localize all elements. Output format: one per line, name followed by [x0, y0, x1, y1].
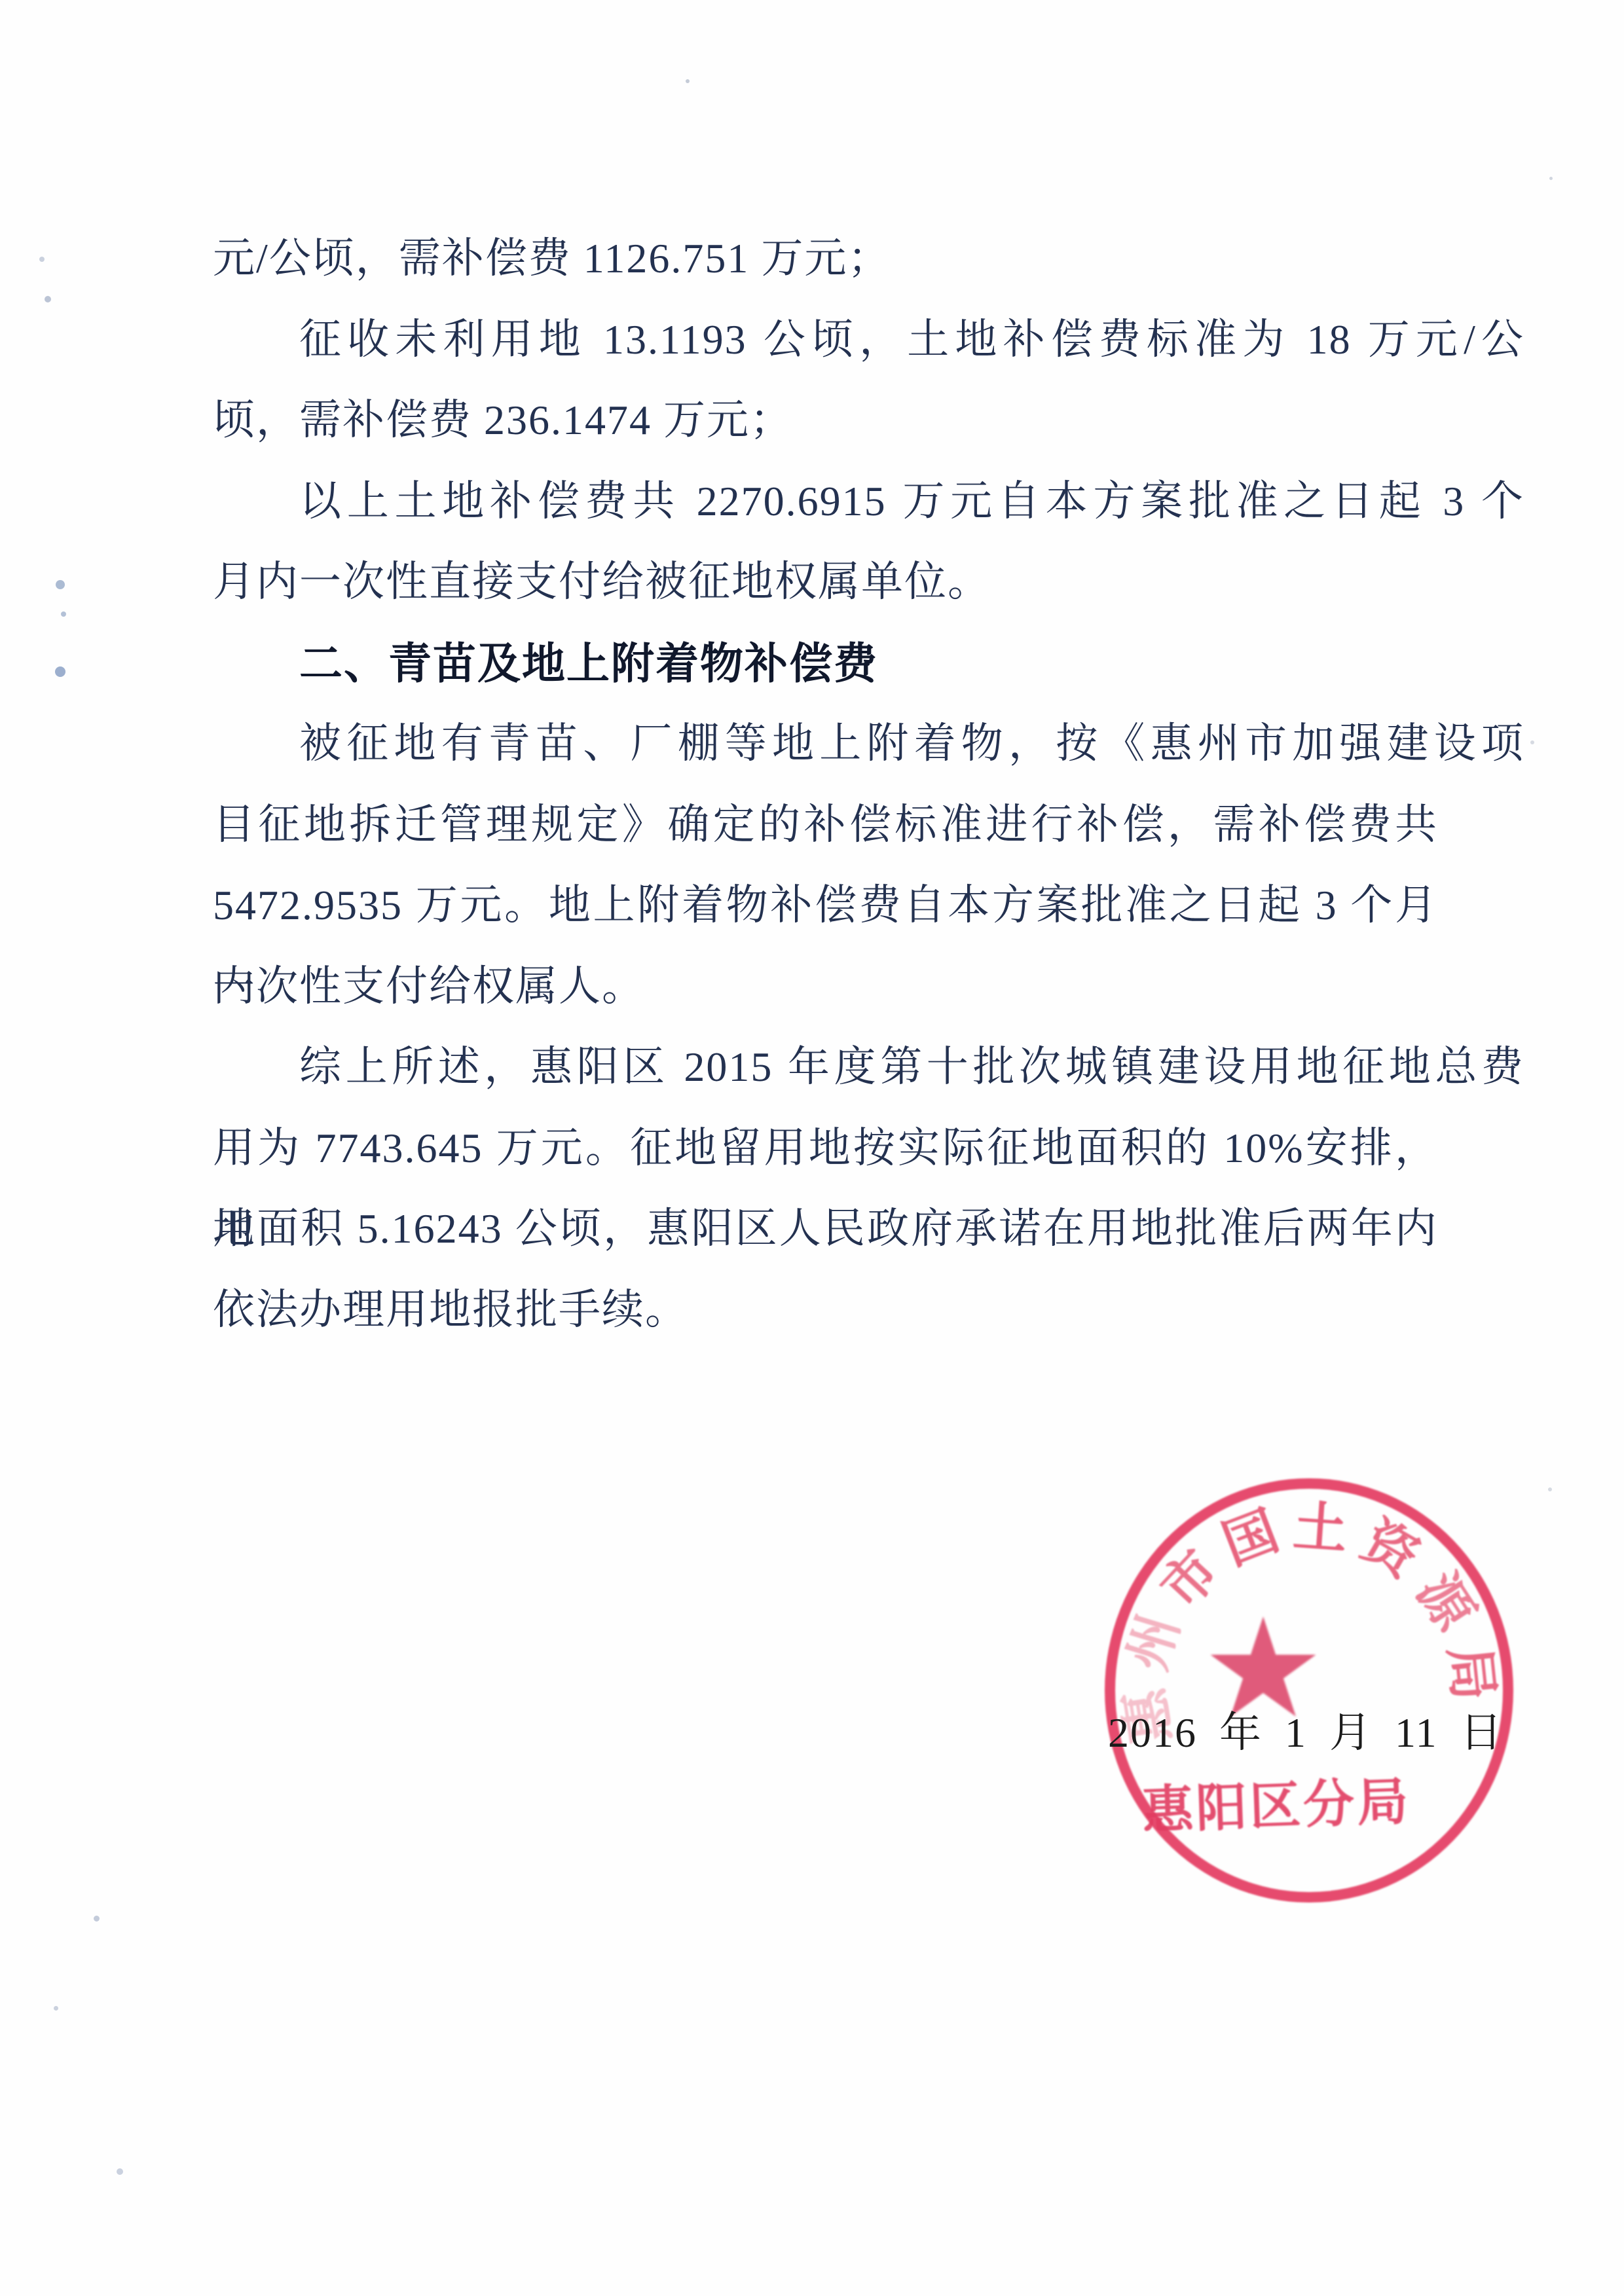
seal-bottom-text: 惠阳区分局 — [1141, 1760, 1412, 1843]
scanned-document-page: ★ 惠阳区分局 惠州市国土资源局 2016 年 1 月 11 日 元/公顷，需补… — [0, 0, 1624, 2296]
seal-arc-char: 土 — [1287, 1495, 1354, 1561]
official-seal: ★ 惠阳区分局 惠州市国土资源局 — [0, 0, 1624, 2296]
seal-arc-char: 局 — [1436, 1639, 1505, 1708]
date-stamp: 2016 年 1 月 11 日 — [1108, 1704, 1504, 1762]
